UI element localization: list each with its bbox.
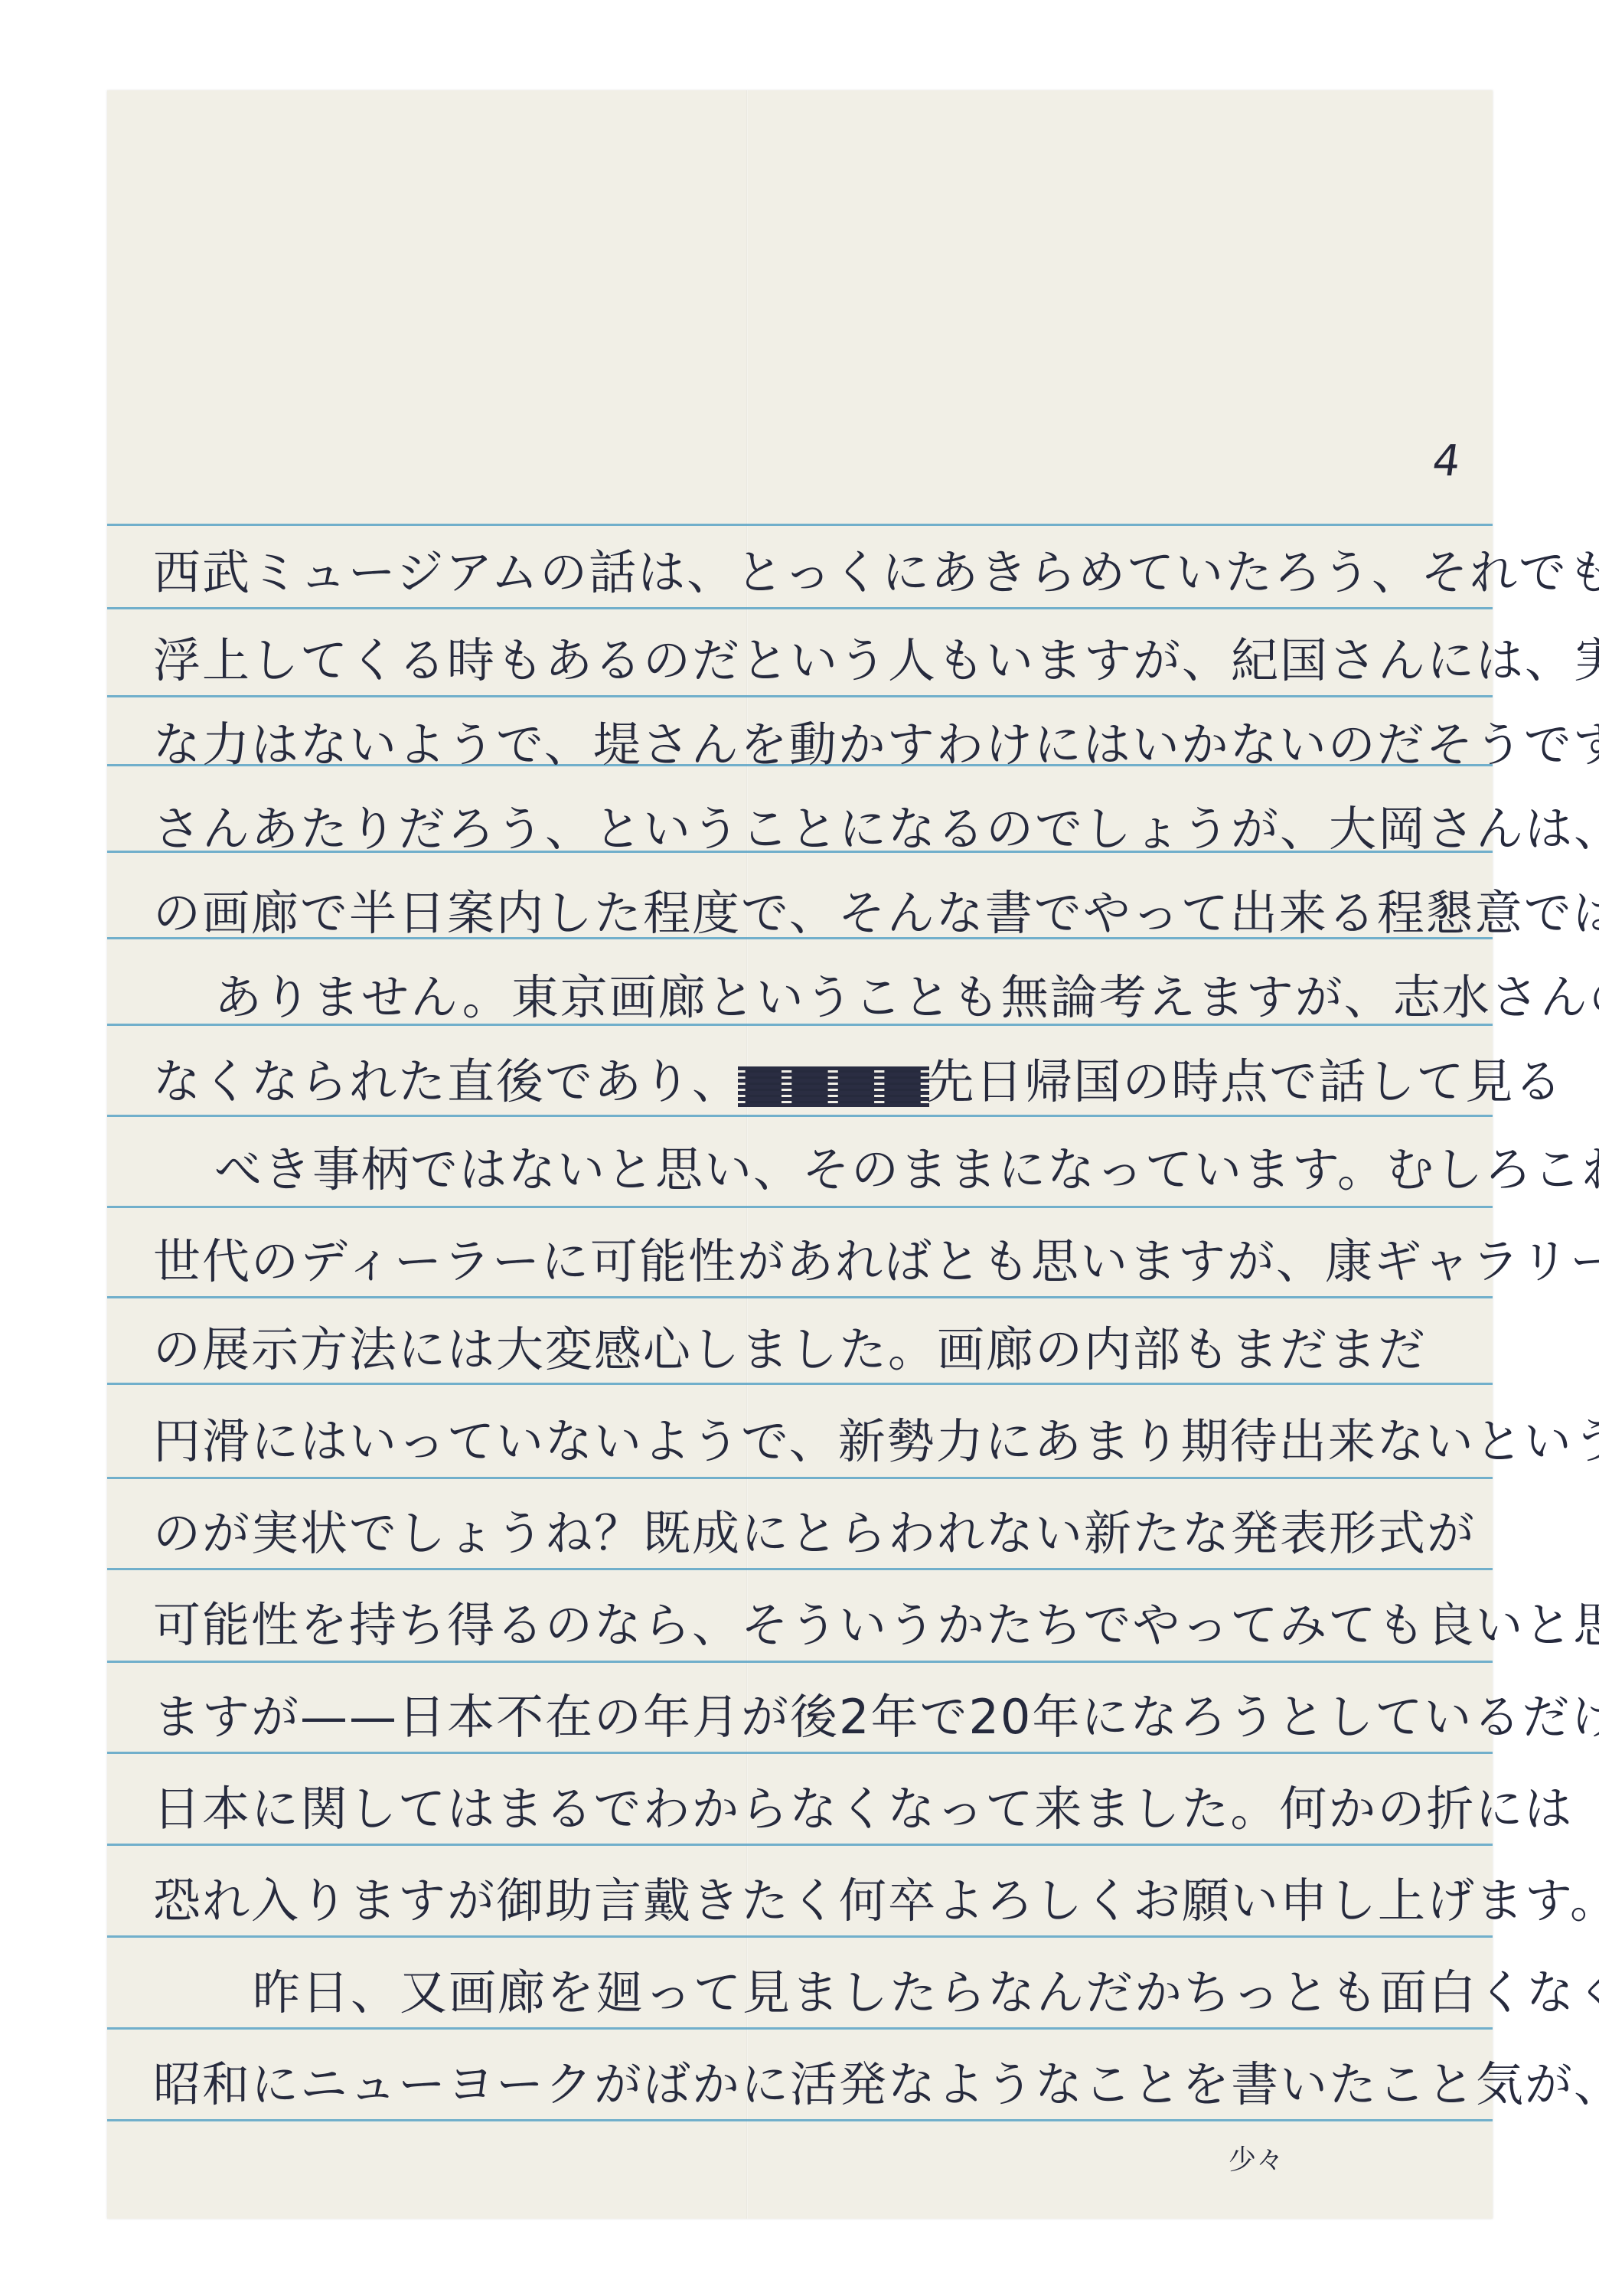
letter-line-8: べき事柄ではないと思い、そのままになっています。むしろこれから育つ若い: [214, 1128, 1554, 1212]
letter-line-16: 恐れ入りますが御助言戴きたく何卒よろしくお願い申し上げます。: [153, 1859, 1493, 1943]
letter-line-7-text: なくなられた直後であり、: [153, 1053, 741, 1109]
ruled-line: [107, 524, 1493, 526]
letter-line-10: の展示方法には大変感心しました。画廊の内部もまだまだ: [153, 1308, 1493, 1392]
letter-sheet: 4 西武ミュージアムの話は、とっくにあきらめていたろう、それでもなくて、時々、 …: [107, 90, 1493, 2219]
letter-line-4: さんあたりだろう、ということになるのでしょうが、大岡さんは、一度ニューヨーク: [153, 787, 1493, 871]
letter-line-11: 円滑にはいっていないようで、新勢力にあまり期待出来ないという: [153, 1399, 1493, 1484]
letter-line-13: 可能性を持ち得るのなら、そういうかたちでやってみても良いと思い: [153, 1583, 1493, 1667]
letter-line-14: ますが——日本不在の年月が後2年で20年になろうとしているだけに: [153, 1675, 1493, 1759]
letter-line-6: ありません。東京画廊ということも無論考えますが、志水さんの: [214, 955, 1554, 1040]
letter-line-18: 昭和にニューヨークがばかに活発なようなことを書いたこと気が、: [153, 2043, 1493, 2127]
page-number: 4: [1429, 436, 1464, 486]
letter-line-17: 昨日、又画廊を廻って見ましたらなんだかちっとも面白くなく、: [253, 1951, 1592, 2035]
marginal-insertion: 少々: [1229, 2138, 1284, 2177]
letter-line-2: 浮上してくる時もあるのだという人もいますが、紀国さんには、実質的: [153, 619, 1493, 703]
letter-line-7-continuation: 先日帰国の時点で話して見る: [926, 1053, 1563, 1109]
letter-line-7: なくなられた直後であり、■■■■先日帰国の時点で話して見る: [153, 1040, 1493, 1124]
letter-line-12: のが実状でしょうね？既成にとらわれない新たな発表形式が: [153, 1491, 1493, 1576]
struck-out-text: ■■■■: [741, 1040, 926, 1124]
letter-line-9: 世代のディーラーに可能性があればとも思いますが、康ギャラリーのセラ展: [153, 1220, 1493, 1304]
letter-line-5: の画廊で半日案内した程度で、そんな書でやって出来る程懇意では: [153, 871, 1493, 955]
letter-line-15: 日本に関してはまるでわからなくなって来ました。何かの折には: [153, 1767, 1493, 1851]
letter-line-3: な力はないようで、堤さんを動かすわけにはいかないのだそうです。大岡: [153, 703, 1493, 787]
letter-line-1: 西武ミュージアムの話は、とっくにあきらめていたろう、それでもなくて、時々、: [153, 531, 1493, 615]
